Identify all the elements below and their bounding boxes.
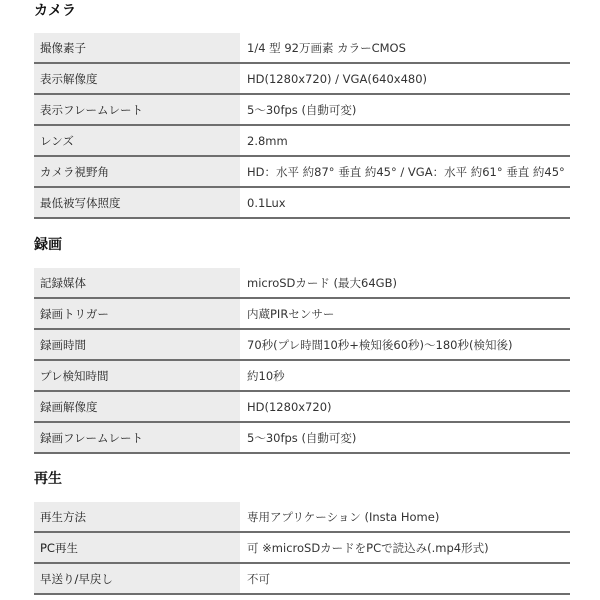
- row-value: 約10秒: [240, 360, 570, 391]
- row-label: 再生方法: [34, 502, 240, 532]
- row-label: プレ検知時間: [34, 360, 240, 391]
- table-row: 記録媒体 microSDカード (最大64GB): [34, 268, 570, 298]
- row-value: microSDカード (最大64GB): [240, 268, 570, 298]
- table-row: 録画解像度 HD(1280x720): [34, 391, 570, 422]
- table-row: カメラ視野角 HD：水平 約87° 垂直 約45° / VGA：水平 約61° …: [34, 156, 570, 187]
- row-label: PC再生: [34, 532, 240, 563]
- section-title-recording: 録画: [34, 236, 62, 254]
- table-row: 最低被写体照度 0.1Lux: [34, 187, 570, 218]
- row-value: HD：水平 約87° 垂直 約45° / VGA：水平 約61° 垂直 約45°: [240, 156, 570, 187]
- table-row: レンズ 2.8mm: [34, 125, 570, 156]
- table-row: 撮像素子 1/4 型 92万画素 カラーCMOS: [34, 33, 570, 63]
- row-value: HD(1280x720): [240, 391, 570, 422]
- row-value: 1/4 型 92万画素 カラーCMOS: [240, 33, 570, 63]
- row-label: 録画時間: [34, 329, 240, 360]
- row-label: 早送り/早戻し: [34, 563, 240, 594]
- table-row: PC再生 可 ※microSDカードをPCで読込み(.mp4形式): [34, 532, 570, 563]
- row-label: 録画トリガー: [34, 298, 240, 329]
- table-row: 表示フレームレート 5～30fps (自動可変): [34, 94, 570, 125]
- table-row: 再生方法 専用アプリケーション (Insta Home): [34, 502, 570, 532]
- row-value: 専用アプリケーション (Insta Home): [240, 502, 570, 532]
- row-label: カメラ視野角: [34, 156, 240, 187]
- row-label: 録画解像度: [34, 391, 240, 422]
- table-row: 表示解像度 HD(1280x720) / VGA(640x480): [34, 63, 570, 94]
- row-value: HD(1280x720) / VGA(640x480): [240, 63, 570, 94]
- section-title-camera: カメラ: [34, 2, 76, 20]
- row-label: 表示フレームレート: [34, 94, 240, 125]
- row-label: 表示解像度: [34, 63, 240, 94]
- table-row: プレ検知時間 約10秒: [34, 360, 570, 391]
- table-row: 録画トリガー 内蔵PIRセンサー: [34, 298, 570, 329]
- row-label: レンズ: [34, 125, 240, 156]
- row-label: 撮像素子: [34, 33, 240, 63]
- table-row: 早送り/早戻し 不可: [34, 563, 570, 594]
- row-value: 2.8mm: [240, 125, 570, 156]
- row-value: 70秒(プレ時間10秒+検知後60秒)～180秒(検知後): [240, 329, 570, 360]
- row-value: 5～30fps (自動可変): [240, 94, 570, 125]
- camera-spec-table: 撮像素子 1/4 型 92万画素 カラーCMOS 表示解像度 HD(1280x7…: [34, 33, 570, 219]
- row-label: 記録媒体: [34, 268, 240, 298]
- playback-spec-table: 再生方法 専用アプリケーション (Insta Home) PC再生 可 ※mic…: [34, 502, 570, 595]
- row-value: 不可: [240, 563, 570, 594]
- row-value: 5～30fps (自動可変): [240, 422, 570, 453]
- section-title-playback: 再生: [34, 470, 62, 488]
- table-row: 録画フレームレート 5～30fps (自動可変): [34, 422, 570, 453]
- row-value: 内蔵PIRセンサー: [240, 298, 570, 329]
- row-value: 0.1Lux: [240, 187, 570, 218]
- row-value: 可 ※microSDカードをPCで読込み(.mp4形式): [240, 532, 570, 563]
- row-label: 最低被写体照度: [34, 187, 240, 218]
- recording-spec-table: 記録媒体 microSDカード (最大64GB) 録画トリガー 内蔵PIRセンサ…: [34, 268, 570, 454]
- row-label: 録画フレームレート: [34, 422, 240, 453]
- table-row: 録画時間 70秒(プレ時間10秒+検知後60秒)～180秒(検知後): [34, 329, 570, 360]
